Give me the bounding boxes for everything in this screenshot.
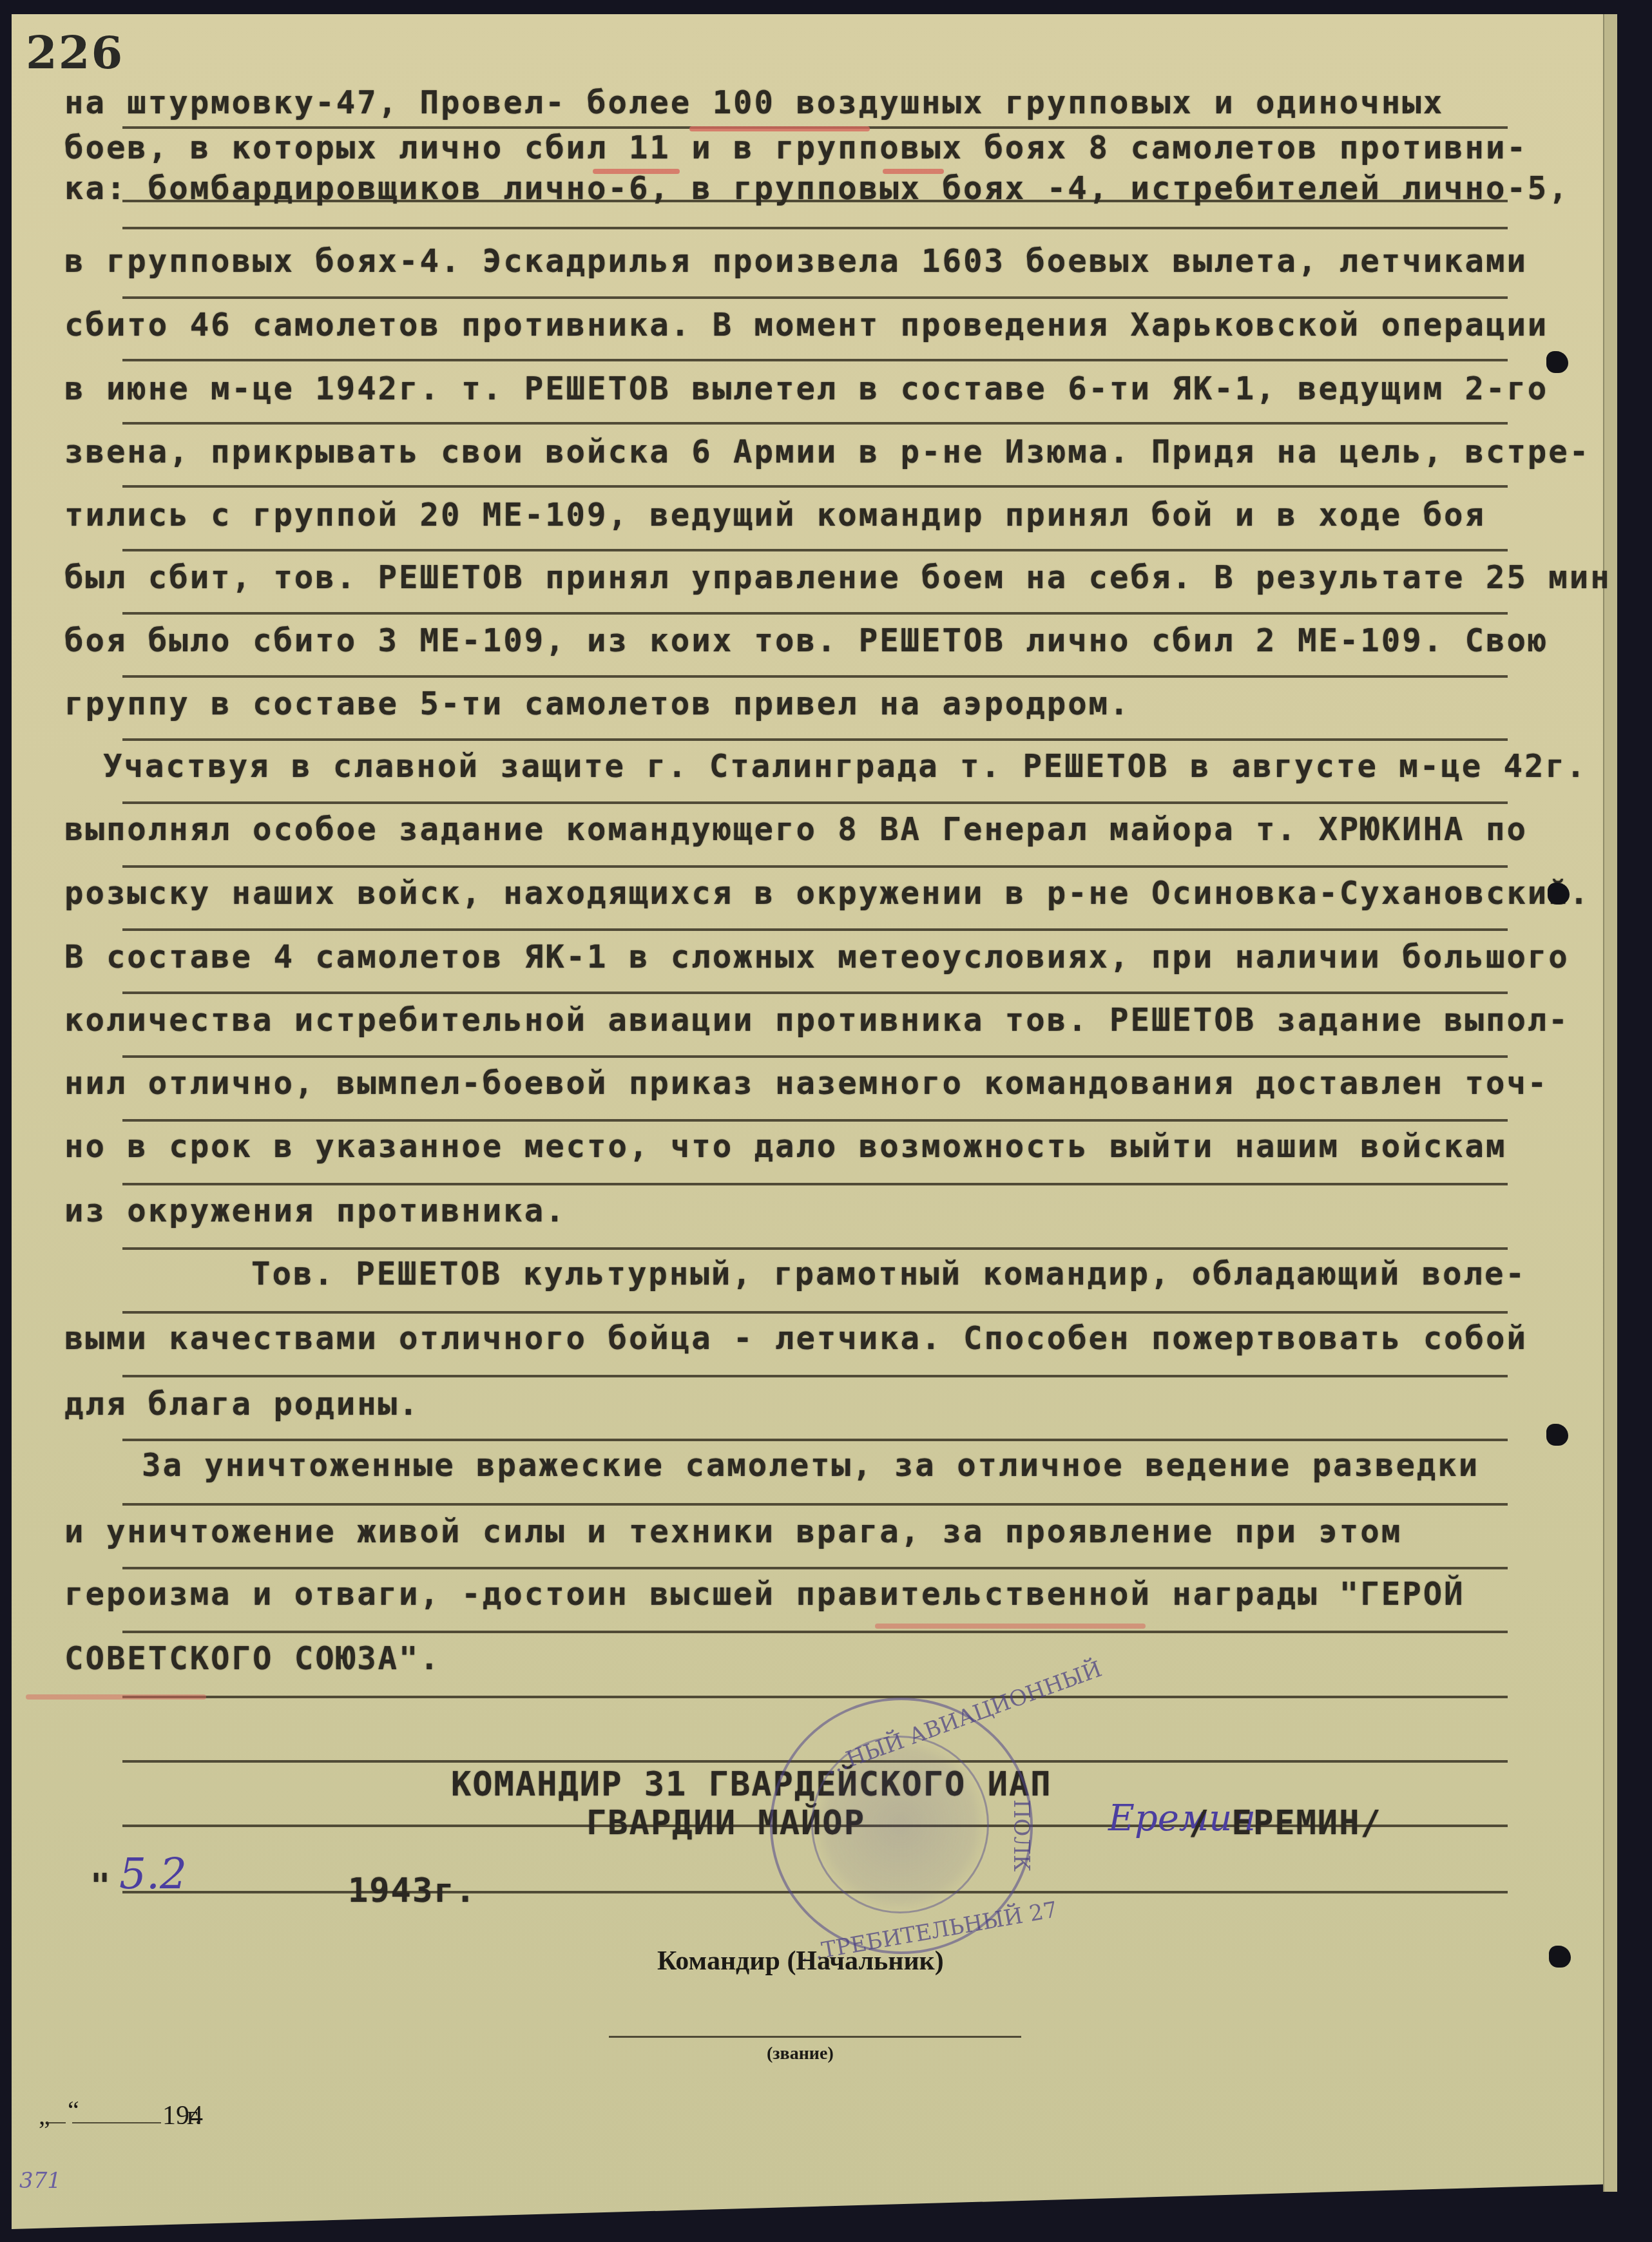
rank-caption: (звание) [767, 2044, 834, 2064]
text-line: количества истребительной авиации против… [64, 1001, 1570, 1039]
red-underline [875, 1624, 1146, 1629]
text-line: В составе 4 самолетов ЯК-1 в сложных мет… [64, 938, 1570, 975]
date-template-open: „ [39, 2100, 50, 2131]
page-edge [1603, 14, 1617, 2192]
text-line: боев, в которых лично сбил 11 и в группо… [64, 129, 1528, 166]
text-line: выми качествами отличного бойца - летчик… [64, 1319, 1528, 1357]
text-line: розыску наших войск, находящихся в окруж… [64, 874, 1590, 912]
text-line: звена, прикрывать свои войска 6 Армии в … [64, 433, 1590, 470]
text-line: СОВЕТСКОГО СОЮЗА". [64, 1640, 441, 1677]
year-suffix: г. [187, 2100, 202, 2131]
binding-hole [1549, 1946, 1571, 1968]
text-line: группу в составе 5-ти самолетов привел н… [64, 685, 1130, 722]
text-line: За уничтоженные вражеские самолеты, за о… [142, 1446, 1479, 1484]
text-line: героизма и отваги, -достоин высшей прави… [64, 1575, 1465, 1613]
commander-label: Командир (Начальник) [657, 1946, 944, 1977]
official-stamp: …НЫЙ АВИАЦИОННЫЙ ПОЛК …ТРЕБИТЕЛЬНЫЙ 27 [770, 1698, 1033, 1954]
text-line: нил отлично, вымпел-боевой приказ наземн… [64, 1064, 1548, 1102]
binding-hole [1548, 883, 1570, 905]
margin-archive-mark: 371 [19, 2168, 61, 2194]
text-line: был сбит, тов. РЕШЕТОВ принял управление… [64, 559, 1611, 596]
text-line: сбито 46 самолетов противника. В момент … [64, 306, 1548, 343]
date-day-line [46, 2122, 66, 2123]
text-line: в групповых боях-4. Эскадрилья произвела… [64, 242, 1528, 280]
date-month-line [72, 2122, 161, 2123]
text-line: тились с группой 20 МЕ-109, ведущий кома… [64, 496, 1486, 533]
text-line: и уничтожение живой силы и техники врага… [64, 1513, 1402, 1550]
date-handwritten: 5.2 [119, 1849, 187, 1899]
date-template-close: “ [68, 2095, 79, 2125]
date-year: 1943г. [348, 1872, 477, 1910]
text-line: для блага родины. [64, 1385, 419, 1423]
text-line: но в срок в указанное место, что дало во… [64, 1127, 1506, 1165]
signer-name: / ЕРЕМИН/ [1189, 1804, 1382, 1843]
binding-hole [1546, 1424, 1568, 1446]
text-line: выполнял особое задание командующего 8 В… [64, 810, 1528, 848]
date-open-quote: " [90, 1867, 111, 1906]
text-line: из окружения противника. [64, 1192, 566, 1229]
text-line: Тов. РЕШЕТОВ культурный, грамотный коман… [251, 1255, 1526, 1292]
text-line: на штурмовку-47, Провел- более 100 возду… [64, 84, 1444, 121]
stamp-text-side: ПОЛК [1008, 1799, 1034, 1872]
text-line: Участвуя в славной защите г. Сталинграда… [103, 747, 1587, 785]
page-number: 226 [26, 26, 124, 79]
red-underline [26, 1694, 206, 1700]
binding-hole [1546, 351, 1568, 373]
text-line: в июне м-це 1942г. т. РЕШЕТОВ вылетел в … [64, 370, 1548, 407]
text-line: ка: бомбардировщиков лично-6, в групповы… [64, 169, 1570, 207]
rank-line [609, 2036, 1021, 2038]
text-line: боя было сбито 3 МЕ-109, из коих тов. РЕ… [64, 622, 1548, 659]
